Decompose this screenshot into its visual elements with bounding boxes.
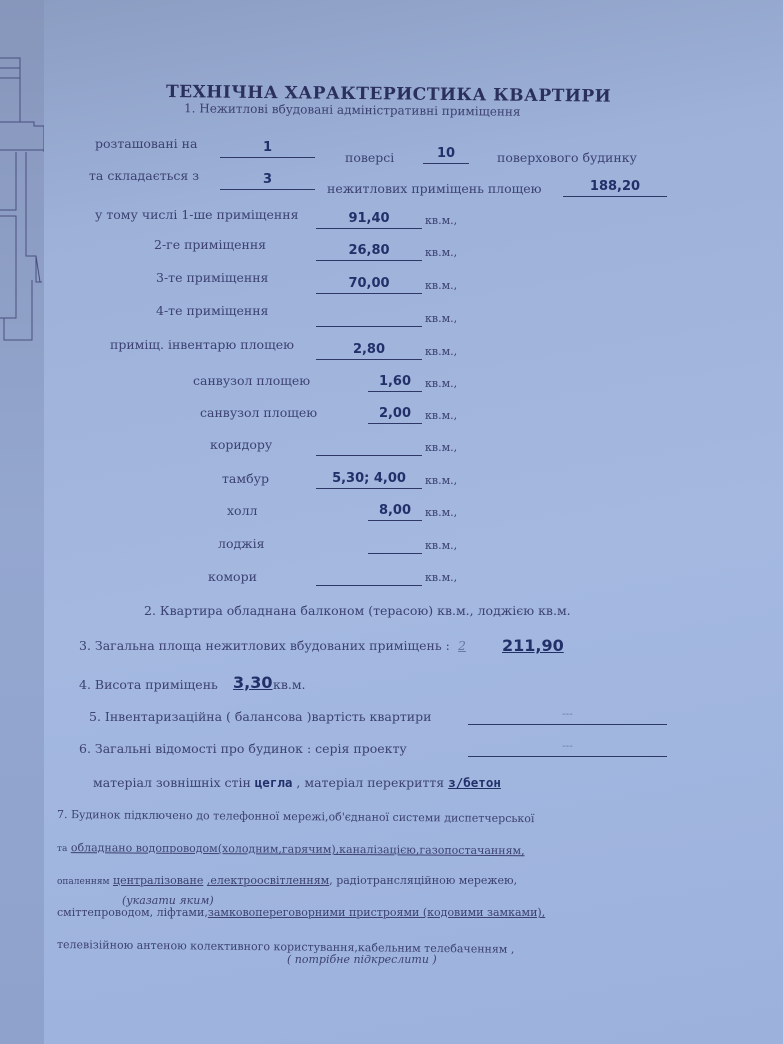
room-label: санвузол площею (193, 373, 310, 388)
room-area-unit: кв.м., (425, 409, 457, 422)
section4-label: 4. Висота приміщень (79, 677, 218, 692)
wall-material-label: матеріал зовнішніх стін (93, 775, 251, 790)
room-area-unit: кв.м., (425, 345, 457, 358)
room-label: тамбур (222, 471, 269, 486)
room-area-field: 26,80 (316, 243, 422, 261)
section5-label: 5. Інвентаризаційна ( балансова )вартіст… (89, 709, 431, 724)
room-area-field: 91,40 (316, 211, 422, 229)
room-area-unit: кв.м., (425, 312, 457, 325)
wall-material-value: цегла (255, 775, 293, 790)
total-area-field: 188,20 (563, 179, 667, 197)
room-label: комори (208, 569, 257, 584)
consists-of-label: та складається з (89, 168, 199, 183)
section3-marker: 2 (458, 638, 466, 653)
hint-underline: ( потрібне підкреслити ) (287, 953, 437, 966)
room-area-unit: кв.м., (425, 279, 457, 292)
section7-line3: опаленням централізоване ,електроосвітле… (57, 874, 517, 887)
room-label: 3-те приміщення (156, 270, 268, 285)
rooms-count-field: 3 (220, 172, 315, 190)
ceiling-material-label: , матеріал перекриття (296, 775, 444, 790)
room-area-field: 2,80 (316, 342, 422, 360)
line4-prefix: сміттепроводом, ліфтами, (57, 906, 208, 919)
line3-rest: , радіотрансляційною мережею, (329, 874, 517, 887)
room-area-unit: кв.м., (425, 571, 457, 584)
building-floors-field: 10 (423, 146, 469, 164)
room-height-unit: кв.м. (273, 677, 306, 692)
room-area-unit: кв.м., (425, 506, 457, 519)
section2-text: 2. Квартира обладнана балконом (терасою)… (144, 603, 571, 618)
room-area-field (316, 309, 422, 327)
room-label: коридору (210, 437, 272, 452)
intercom-underlined: замковопереговорними пристроями (кодовим… (208, 906, 545, 919)
balance-value-field: --- (468, 707, 667, 725)
rooms-area-label: нежитлових приміщень площею (327, 181, 542, 196)
room-area-unit: кв.м., (425, 474, 457, 487)
project-series-field: --- (468, 739, 667, 757)
building-floors-label: поверхового будинку (497, 150, 637, 165)
heating-type: централізоване (113, 874, 203, 887)
document-page (44, 0, 783, 1044)
line3-prefix: опаленням (57, 877, 110, 887)
floor-field: 1 (220, 140, 315, 158)
room-label: 4-те приміщення (156, 303, 268, 318)
room-area-unit: кв.м., (425, 377, 457, 390)
room-area-field (316, 568, 422, 586)
room-area-field: 8,00 (368, 503, 422, 521)
room-area-field: 5,30; 4,00 (316, 471, 422, 489)
wall-material-row: матеріал зовнішніх стін цегла , матеріал… (93, 775, 501, 790)
room-label: санвузол площею (200, 405, 317, 420)
electric-lighting: ,електроосвітленням (207, 874, 329, 887)
room-area-unit: кв.м., (425, 441, 457, 454)
room-area-unit: кв.м., (425, 246, 457, 259)
room-area-unit: кв.м., (425, 539, 457, 552)
room-label: 2-ге приміщення (154, 237, 266, 252)
ceiling-material-value: з/бетон (448, 775, 501, 790)
room-area-unit: кв.м., (425, 214, 457, 227)
line2-prefix: та (57, 844, 67, 854)
section7-line4: сміттепроводом, ліфтами,замковопереговор… (57, 906, 545, 919)
floor-plan-fragment (0, 50, 48, 350)
total-nonresidential-area: 211,90 (502, 636, 564, 655)
room-area-field: 1,60 (368, 374, 422, 392)
section3-label: 3. Загальна площа нежитлових вбудованих … (79, 638, 450, 653)
room-area-field (316, 438, 422, 456)
floor-label: поверсі (345, 150, 394, 165)
room-label: лоджія (218, 536, 265, 551)
room-area-field: 2,00 (368, 406, 422, 424)
room-area-field (368, 536, 422, 554)
room-area-field: 70,00 (316, 276, 422, 294)
located-on-label: розташовані на (95, 136, 197, 151)
room-height-value: 3,30 (233, 673, 272, 692)
section6-label: 6. Загальні відомості про будинок : сері… (79, 741, 407, 756)
room-label: приміщ. інвентарю площею (110, 337, 294, 352)
room-label: у тому числі 1-ше приміщення (95, 207, 298, 222)
room-label: холл (227, 503, 257, 518)
